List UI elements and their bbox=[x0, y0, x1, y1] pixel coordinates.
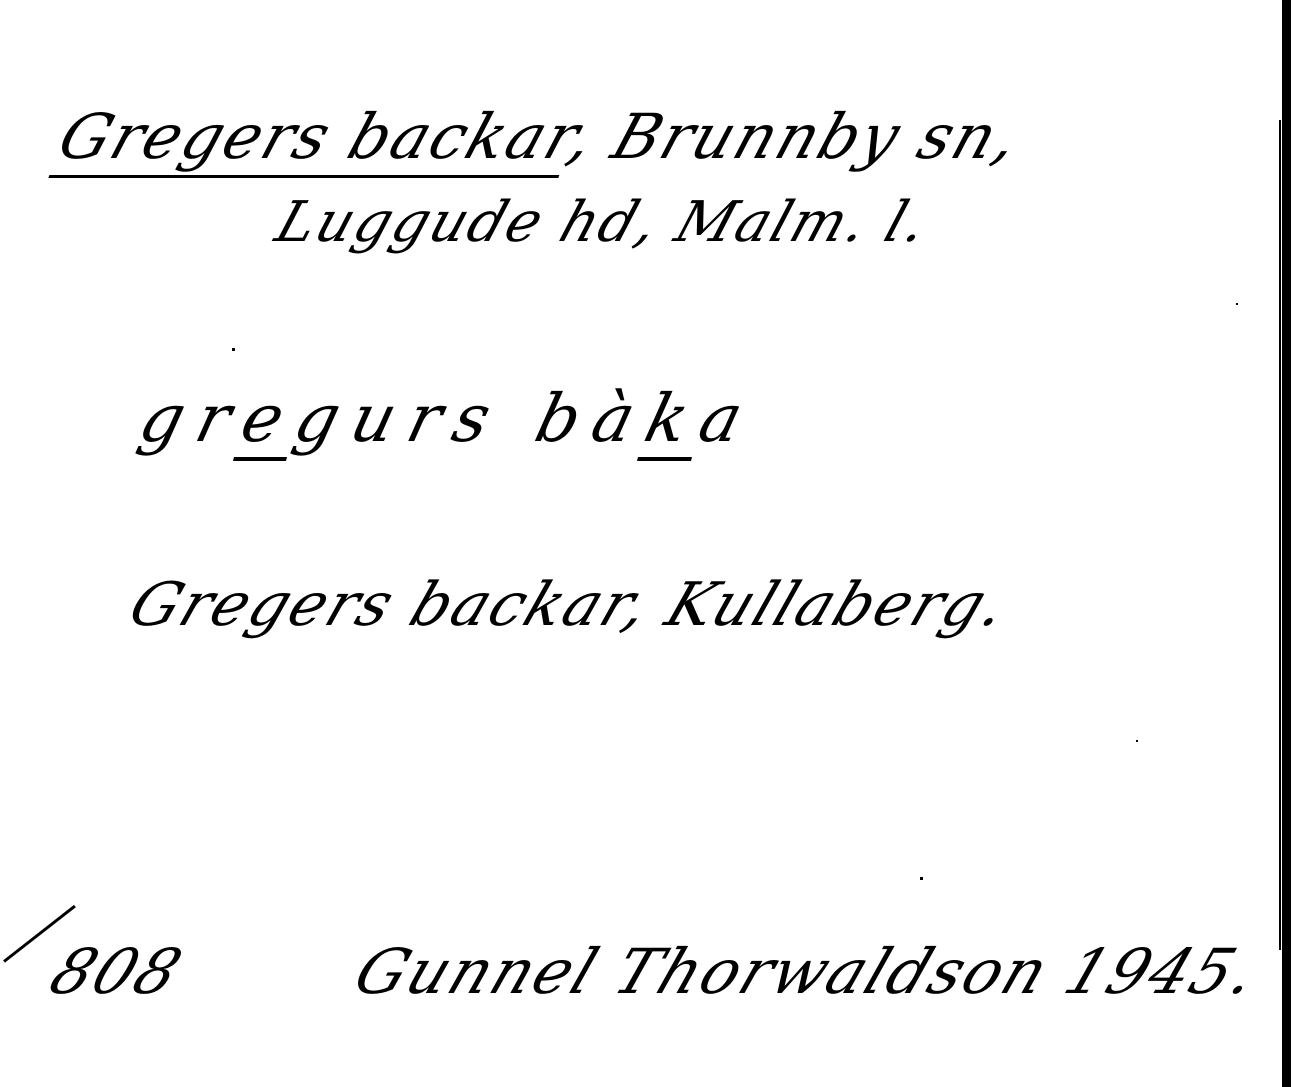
district-line: Luggude hd, Malm. l. bbox=[268, 190, 937, 255]
recorder-signature: Gunnel Thorwaldson 1945. bbox=[345, 935, 1269, 1008]
scan-speck bbox=[1136, 740, 1138, 742]
place-name-underlined: Gregers backar bbox=[48, 100, 583, 178]
scan-edge-line bbox=[1279, 120, 1281, 950]
record-number: 808 bbox=[40, 935, 194, 1008]
recorder-name: Gunnel Thorwaldson bbox=[345, 935, 1060, 1008]
location-line: Gregers backar, Kullaberg. bbox=[120, 570, 1019, 640]
phonetic-line: gregurs bàka bbox=[132, 380, 764, 457]
scan-speck bbox=[1236, 303, 1238, 305]
heading-line: Gregers backar, Brunnby sn, bbox=[50, 100, 1030, 173]
scan-speck bbox=[920, 877, 923, 880]
scan-speck bbox=[232, 348, 235, 351]
record-card: Gregers backar, Brunnby sn, Luggude hd, … bbox=[0, 0, 1293, 1087]
phonetic-part: gr bbox=[132, 380, 253, 457]
parish-text: , Brunnby sn, bbox=[560, 100, 1030, 173]
record-year: 1945. bbox=[1055, 935, 1269, 1008]
scan-edge-border bbox=[1282, 0, 1291, 1087]
phonetic-part: gurs bà bbox=[287, 380, 657, 457]
